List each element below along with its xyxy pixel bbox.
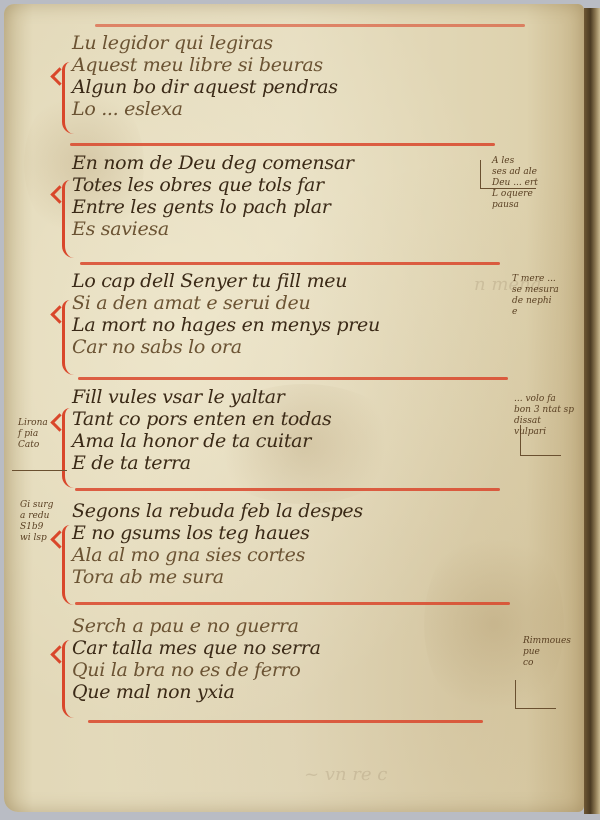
note-line: L oquere [492, 189, 538, 200]
show-through-text: ~ vn re c [304, 764, 387, 785]
note-line: se mesura [512, 285, 559, 296]
verse-line: E no gsums los teg haues [72, 522, 363, 544]
stanza-4: Fill vules vsar le yaltar Tant co pors e… [72, 386, 331, 474]
verse-line: Entre les gents lo pach plar [72, 196, 354, 218]
red-rule [78, 377, 508, 380]
stanza-5: Segons la rebuda feb la despes E no gsum… [72, 500, 363, 588]
stanza-2: En nom de Deu deg comensar Totes les obr… [72, 152, 354, 240]
verse-line: Fill vules vsar le yaltar [72, 386, 331, 408]
verse-line: Aquest meu libre si beuras [72, 54, 338, 76]
margin-note-left-2: Gi surg a redu S1b9 wi lsp [20, 500, 53, 544]
stanza-1: Lu legidor qui legiras Aquest meu libre … [72, 32, 338, 120]
margin-note-left-1: Lirona f pia Cato [18, 418, 48, 451]
red-rule [75, 488, 500, 491]
note-line: pue [523, 647, 571, 658]
margin-note-right-3: ... volo fa bon 3 ntat sp dissat vulpari [514, 394, 574, 438]
verse-line: Car talla mes que no serra [72, 637, 321, 659]
verse-line: Segons la rebuda feb la despes [72, 500, 363, 522]
red-rule [88, 720, 483, 723]
note-line: ses ad ale [492, 167, 538, 178]
note-line: dissat [514, 416, 574, 427]
margin-note-right-2: T mere ... se mesura de nephi e [512, 274, 559, 318]
verse-line: Ama la honor de ta cuitar [72, 430, 331, 452]
note-line: T mere ... [512, 274, 559, 285]
book-gutter [584, 8, 600, 814]
verse-line: Lo cap dell Senyer tu fill meu [72, 270, 380, 292]
note-line: wi lsp [20, 533, 53, 544]
red-rule [95, 24, 525, 27]
verse-line: E de ta terra [72, 452, 331, 474]
verse-line: Si a den amat e serui deu [72, 292, 380, 314]
verse-line: Car no sabs lo ora [72, 336, 380, 358]
note-line: e [512, 307, 559, 318]
note-line: Deu ... ert [492, 178, 538, 189]
note-line: a redu [20, 511, 53, 522]
verse-line: Tant co pors enten en todas [72, 408, 331, 430]
note-line: S1b9 [20, 522, 53, 533]
verse-line: Serch a pau e no guerra [72, 615, 321, 637]
verse-line: Ala al mo gna sies cortes [72, 544, 363, 566]
verse-line: La mort no hages en menys preu [72, 314, 380, 336]
stanza-6: Serch a pau e no guerra Car talla mes qu… [72, 615, 321, 703]
note-line: pausa [492, 200, 538, 211]
verse-line: Qui la bra no es de ferro [72, 659, 321, 681]
stanza-3: Lo cap dell Senyer tu fill meu Si a den … [72, 270, 380, 358]
note-line: co [523, 658, 571, 669]
verse-line: Lu legidor qui legiras [72, 32, 338, 54]
red-rule [80, 262, 500, 265]
note-line: ... volo fa [514, 394, 574, 405]
note-line: Lirona [18, 418, 48, 429]
verse-line: Es saviesa [72, 218, 354, 240]
note-line: bon 3 ntat sp [514, 405, 574, 416]
verse-line: Que mal non yxia [72, 681, 321, 703]
note-line: f pia [18, 429, 48, 440]
verse-line: Algun bo dir aquest pendras [72, 76, 338, 98]
margin-note-right-1: A les ses ad ale Deu ... ert L oquere pa… [492, 156, 538, 211]
verse-line: En nom de Deu deg comensar [72, 152, 354, 174]
margin-note-right-4: Rimmoues pue co [523, 636, 571, 669]
note-line: Gi surg [20, 500, 53, 511]
red-rule [70, 143, 495, 146]
note-line: vulpari [514, 427, 574, 438]
note-line: Cato [18, 440, 48, 451]
verse-line: Lo ... eslexa [72, 98, 338, 120]
margin-note-bracket [515, 680, 556, 709]
verse-line: Tora ab me sura [72, 566, 363, 588]
note-line: Rimmoues [523, 636, 571, 647]
verse-line: Totes les obres que tols far [72, 174, 354, 196]
red-rule [75, 602, 510, 605]
note-line: de nephi [512, 296, 559, 307]
note-line: A les [492, 156, 538, 167]
